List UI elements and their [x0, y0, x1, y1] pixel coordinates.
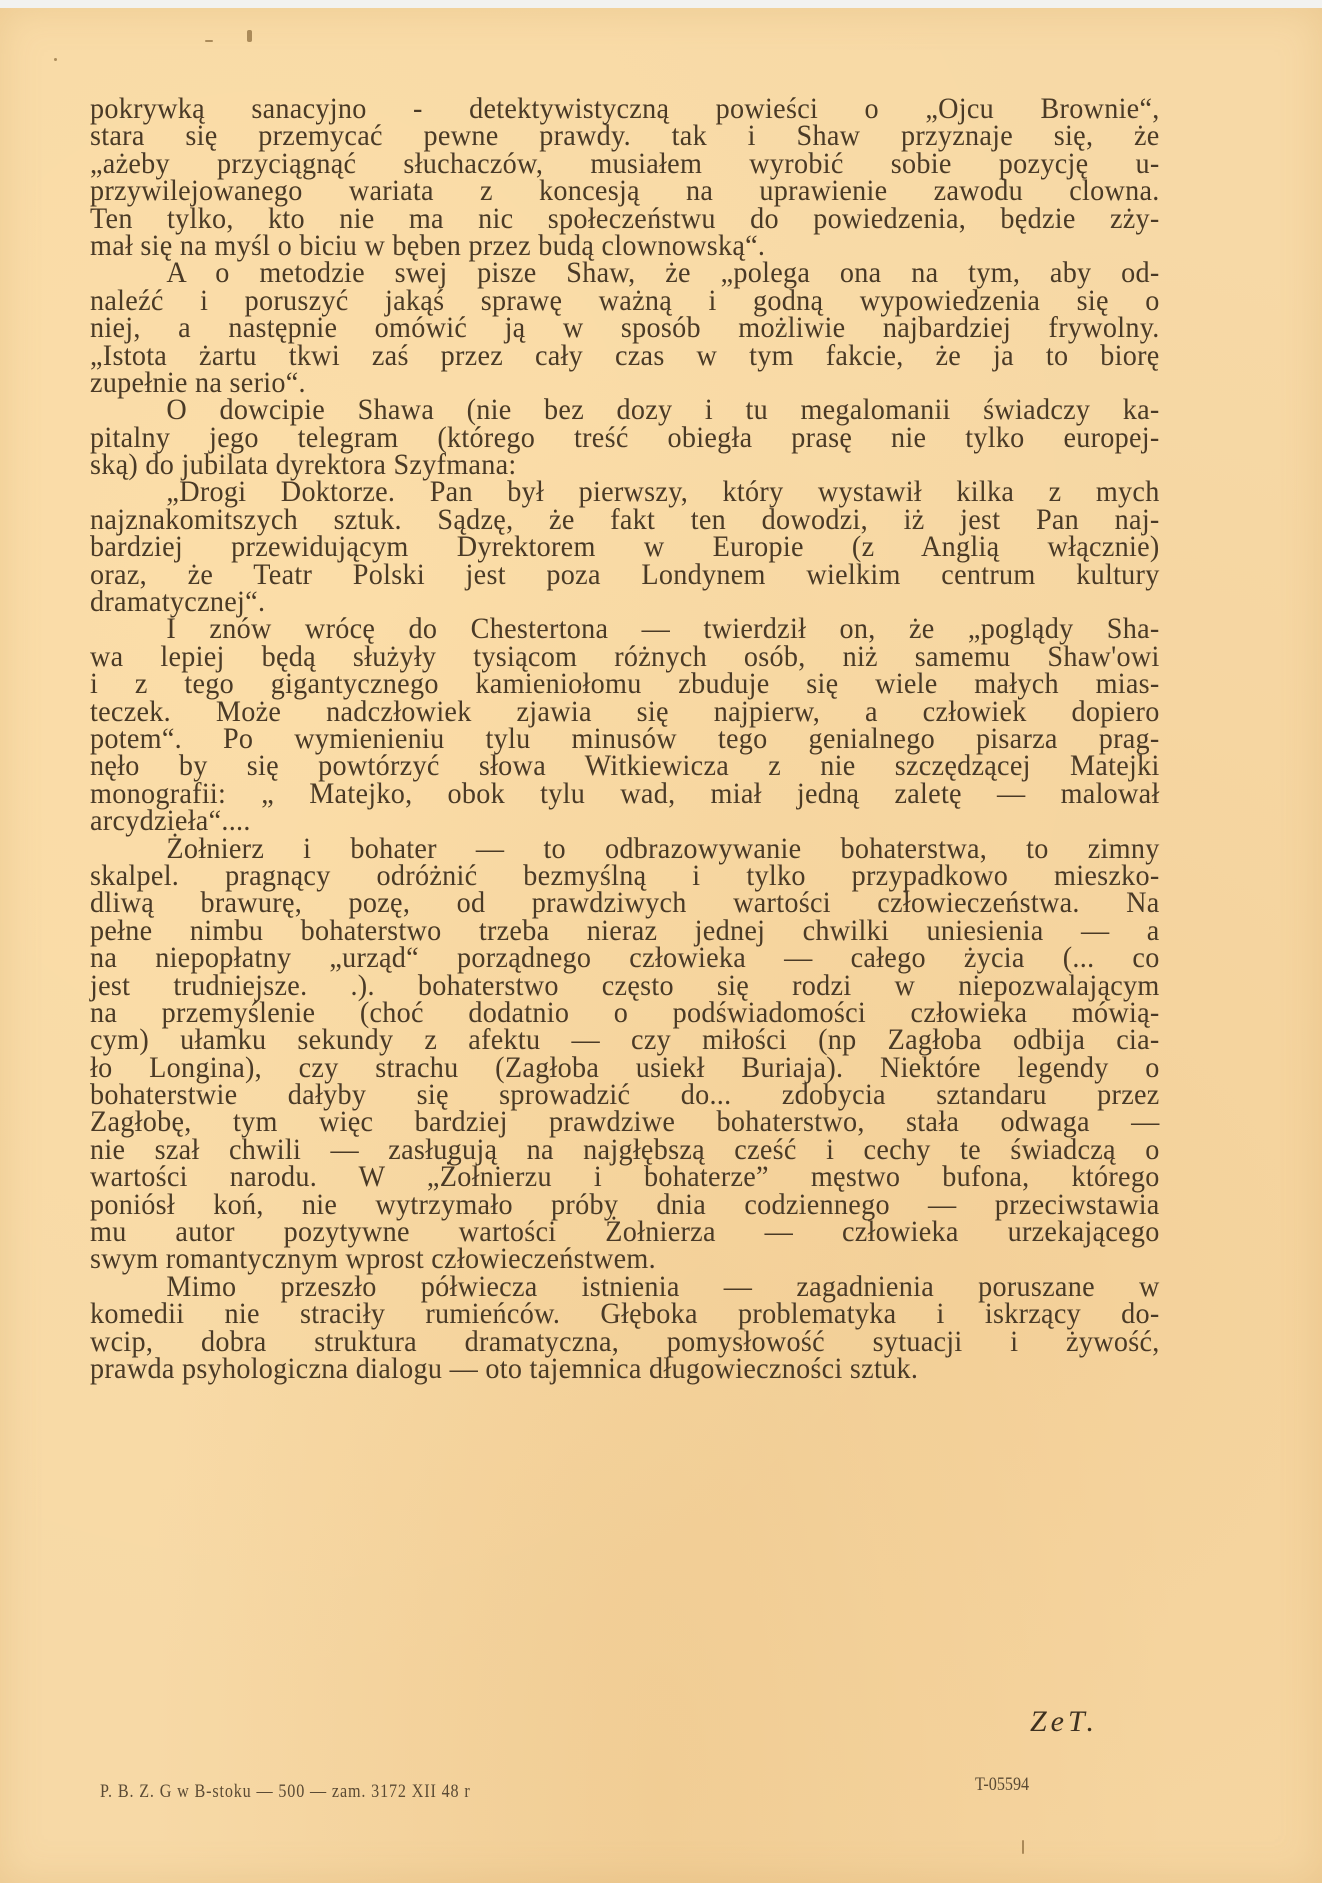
- paragraph-line: stara się przemycać pewne prawdy. tak i …: [90, 123, 1160, 150]
- paragraph-line: Żołnierz i bohater — to odbrazowywanie b…: [90, 836, 1160, 863]
- paper-speck: [1022, 1840, 1024, 1854]
- paragraph-line: pełne nimbu bohaterstwo trzeba nieraz je…: [90, 918, 1160, 945]
- paragraph-line: monografii: „ Matejko, obok tylu wad, mi…: [90, 781, 1160, 808]
- paragraph-line: zupełnie na serio“.: [90, 370, 1160, 397]
- paragraph-line: swym romantycznym wprost człowieczeństwe…: [90, 1246, 1160, 1273]
- paragraph-line: na niepopłatny „urząd“ porządnego człowi…: [90, 945, 1160, 972]
- paragraph-line: I znów wrócę do Chestertona — twierdził …: [90, 616, 1160, 643]
- paragraph-line: dliwą brawurę, pozę, od prawdziwych wart…: [90, 890, 1160, 917]
- author-signature: ZeT.: [1030, 1705, 1098, 1739]
- paragraph-line: Mimo przeszło półwiecza istnienia — zaga…: [90, 1274, 1160, 1301]
- paragraph-line: wa lepiej będą służyły tysiącom różnych …: [90, 644, 1160, 671]
- paragraph-line: przywilejowanego wariata z koncesją na u…: [90, 178, 1160, 205]
- paper-speck: [247, 30, 252, 42]
- paragraph-line: komedii nie straciły rumieńców. Głęboka …: [90, 1301, 1160, 1328]
- paragraph-line: najznakomitszych sztuk. Sądzę, że fakt t…: [90, 507, 1160, 534]
- paragraph-line: jest trudniejsze. .). bohaterstwo często…: [90, 973, 1160, 1000]
- paragraph-line: ską) do jubilata dyrektora Szyfmana:: [90, 452, 1160, 479]
- paragraph-line: potem“. Po wymienieniu tylu minusów tego…: [90, 726, 1160, 753]
- paragraph-line: pitalny jego telegram (którego treść obi…: [90, 425, 1160, 452]
- paragraph-line: Zagłobę, tym więc bardziej prawdziwe boh…: [90, 1109, 1160, 1136]
- paragraph-line: „Istota żartu tkwi zaś przez cały czas w…: [90, 343, 1160, 370]
- paragraph-line: wcip, dobra struktura dramatyczna, pomys…: [90, 1329, 1160, 1356]
- paragraph-line: pokrywką sanacyjno - detektywistyczną po…: [90, 96, 1160, 123]
- paragraph-line: skalpel. pragnący odróżnić bezmyślną i t…: [90, 863, 1160, 890]
- paragraph-line: nęło by się powtórzyć słowa Witkiewicza …: [90, 753, 1160, 780]
- paragraph-line: i z tego gigantycznego kamieniołomu zbud…: [90, 671, 1160, 698]
- paragraph-line: ło Longina), czy strachu (Zagłoba usiekł…: [90, 1055, 1160, 1082]
- catalog-number: T-05594: [975, 1774, 1029, 1796]
- paragraph-line: „ażeby przyciągnąć słuchaczów, musiałem …: [90, 151, 1160, 178]
- paragraph-line: cym) ułamku sekundy z afektu — czy miłoś…: [90, 1027, 1160, 1054]
- paragraph-line: arcydzieła“....: [90, 808, 1160, 835]
- paragraph-line: A o metodzie swej pisze Shaw, że „polega…: [90, 260, 1160, 287]
- document-page: pokrywką sanacyjno - detektywistyczną po…: [0, 8, 1322, 1883]
- paragraph-line: nie szał chwili — zasługują na najgłębsz…: [90, 1137, 1160, 1164]
- paper-speck: [205, 40, 213, 42]
- paragraph-line: na przemyślenie (choć dodatnio o podświa…: [90, 1000, 1160, 1027]
- paper-speck: [54, 58, 57, 61]
- paragraph-line: mu autor pozytywne wartości Żołnierza — …: [90, 1219, 1160, 1246]
- paragraph-line: wartości narodu. W „Żołnierzu i bohaterz…: [90, 1164, 1160, 1191]
- paragraph-line: O dowcipie Shawa (nie bez dozy i tu mega…: [90, 397, 1160, 424]
- paragraph-line: teczek. Może nadczłowiek zjawia się najp…: [90, 699, 1160, 726]
- paragraph-line: niej, a następnie omówić ją w sposób moż…: [90, 315, 1160, 342]
- paragraph-line: Ten tylko, kto nie ma nic społeczeństwu …: [90, 206, 1160, 233]
- printer-imprint: P. B. Z. G w B-stoku — 500 — zam. 3172 X…: [100, 1781, 471, 1803]
- paragraph-line: oraz, że Teatr Polski jest poza Londynem…: [90, 562, 1160, 589]
- paragraph-line: mał się na myśl o biciu w bęben przez bu…: [90, 233, 1160, 260]
- paragraph-line: „Drogi Doktorze. Pan był pierwszy, który…: [90, 479, 1160, 506]
- article-body: pokrywką sanacyjno - detektywistyczną po…: [90, 96, 1160, 1383]
- paragraph-line: dramatycznej“.: [90, 589, 1160, 616]
- paragraph-line: poniósł koń, nie wytrzymało próby dnia c…: [90, 1192, 1160, 1219]
- paragraph-line: bohaterstwie dałyby się sprowadzić do...…: [90, 1082, 1160, 1109]
- paragraph-line: bardziej przewidującym Dyrektorem w Euro…: [90, 534, 1160, 561]
- paragraph-line: prawda psyhologiczna dialogu — oto tajem…: [90, 1356, 1160, 1383]
- paragraph-line: naleźć i poruszyć jakąś sprawę ważną i g…: [90, 288, 1160, 315]
